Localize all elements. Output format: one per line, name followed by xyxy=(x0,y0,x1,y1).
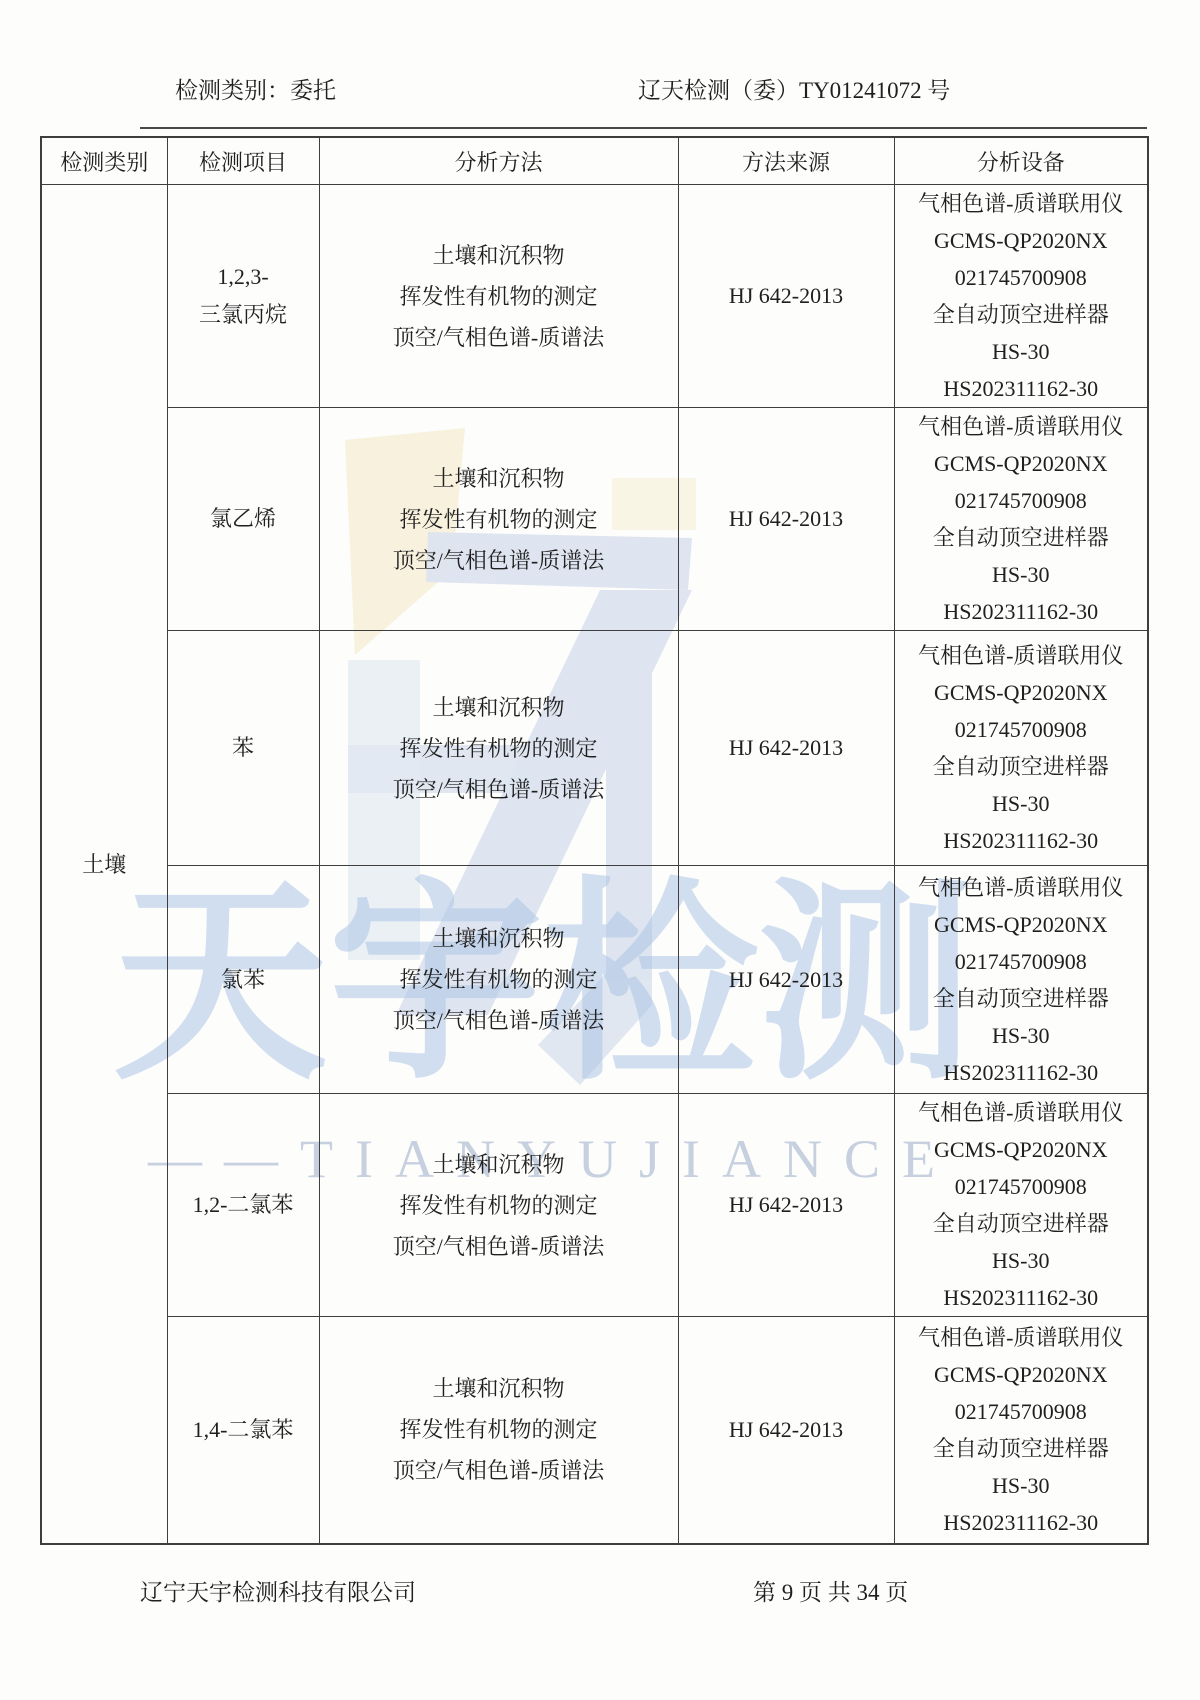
footer-company-name: 辽宁天宇检测科技有限公司 xyxy=(140,1574,416,1607)
header-test-category: 检测类别：委托 xyxy=(175,72,336,105)
method-cell: 土壤和沉积物 挥发性有机物的测定 顶空/气相色谱-质谱法 xyxy=(319,631,678,866)
table-row: 苯 土壤和沉积物 挥发性有机物的测定 顶空/气相色谱-质谱法 HJ 642-20… xyxy=(41,631,1148,866)
col-header-item: 检测项目 xyxy=(167,137,319,185)
table-row: 氯苯 土壤和沉积物 挥发性有机物的测定 顶空/气相色谱-质谱法 HJ 642-2… xyxy=(41,866,1148,1094)
equipment-cell: 气相色谱-质谱联用仪 GCMS-QP2020NX 021745700908 全自… xyxy=(894,631,1148,866)
table-row: 氯乙烯 土壤和沉积物 挥发性有机物的测定 顶空/气相色谱-质谱法 HJ 642-… xyxy=(41,408,1148,631)
table-row: 1,4-二氯苯 土壤和沉积物 挥发性有机物的测定 顶空/气相色谱-质谱法 HJ … xyxy=(41,1317,1148,1544)
col-header-equipment: 分析设备 xyxy=(894,137,1148,185)
item-cell: 1,2,3- 三氯丙烷 xyxy=(167,185,319,408)
equipment-cell: 气相色谱-质谱联用仪 GCMS-QP2020NX 021745700908 全自… xyxy=(894,408,1148,631)
equipment-cell: 气相色谱-质谱联用仪 GCMS-QP2020NX 021745700908 全自… xyxy=(894,1094,1148,1317)
item-cell: 氯乙烯 xyxy=(167,408,319,631)
header-divider xyxy=(140,127,1147,129)
item-cell: 1,4-二氯苯 xyxy=(167,1317,319,1544)
col-header-category: 检测类别 xyxy=(41,137,167,185)
footer-pagination: 第 9 页 共 34 页 xyxy=(753,1574,908,1607)
col-header-source: 方法来源 xyxy=(678,137,894,185)
method-cell: 土壤和沉积物 挥发性有机物的测定 顶空/气相色谱-质谱法 xyxy=(319,1317,678,1544)
source-cell: HJ 642-2013 xyxy=(678,1094,894,1317)
source-cell: HJ 642-2013 xyxy=(678,866,894,1094)
method-cell: 土壤和沉积物 挥发性有机物的测定 顶空/气相色谱-质谱法 xyxy=(319,866,678,1094)
equipment-cell: 气相色谱-质谱联用仪 GCMS-QP2020NX 021745700908 全自… xyxy=(894,1317,1148,1544)
category-cell: 土壤 xyxy=(41,185,167,1544)
item-cell: 苯 xyxy=(167,631,319,866)
item-cell: 1,2-二氯苯 xyxy=(167,1094,319,1317)
source-cell: HJ 642-2013 xyxy=(678,631,894,866)
item-cell: 氯苯 xyxy=(167,866,319,1094)
method-cell: 土壤和沉积物 挥发性有机物的测定 顶空/气相色谱-质谱法 xyxy=(319,1094,678,1317)
table-header-row: 检测类别 检测项目 分析方法 方法来源 分析设备 xyxy=(41,137,1148,185)
method-table: 检测类别 检测项目 分析方法 方法来源 分析设备 土壤 1,2,3- 三氯丙烷 … xyxy=(40,136,1149,1545)
col-header-method: 分析方法 xyxy=(319,137,678,185)
equipment-cell: 气相色谱-质谱联用仪 GCMS-QP2020NX 021745700908 全自… xyxy=(894,866,1148,1094)
table-row: 1,2-二氯苯 土壤和沉积物 挥发性有机物的测定 顶空/气相色谱-质谱法 HJ … xyxy=(41,1094,1148,1317)
source-cell: HJ 642-2013 xyxy=(678,408,894,631)
source-cell: HJ 642-2013 xyxy=(678,1317,894,1544)
equipment-cell: 气相色谱-质谱联用仪 GCMS-QP2020NX 021745700908 全自… xyxy=(894,185,1148,408)
header-report-number: 辽天检测（委）TY01241072 号 xyxy=(638,72,950,105)
document-page: 天宇检测 ——TIANYUJIANCE 检测类别：委托 辽天检测（委）TY012… xyxy=(0,0,1200,1700)
table-row: 土壤 1,2,3- 三氯丙烷 土壤和沉积物 挥发性有机物的测定 顶空/气相色谱-… xyxy=(41,185,1148,408)
method-cell: 土壤和沉积物 挥发性有机物的测定 顶空/气相色谱-质谱法 xyxy=(319,408,678,631)
method-cell: 土壤和沉积物 挥发性有机物的测定 顶空/气相色谱-质谱法 xyxy=(319,185,678,408)
source-cell: HJ 642-2013 xyxy=(678,185,894,408)
